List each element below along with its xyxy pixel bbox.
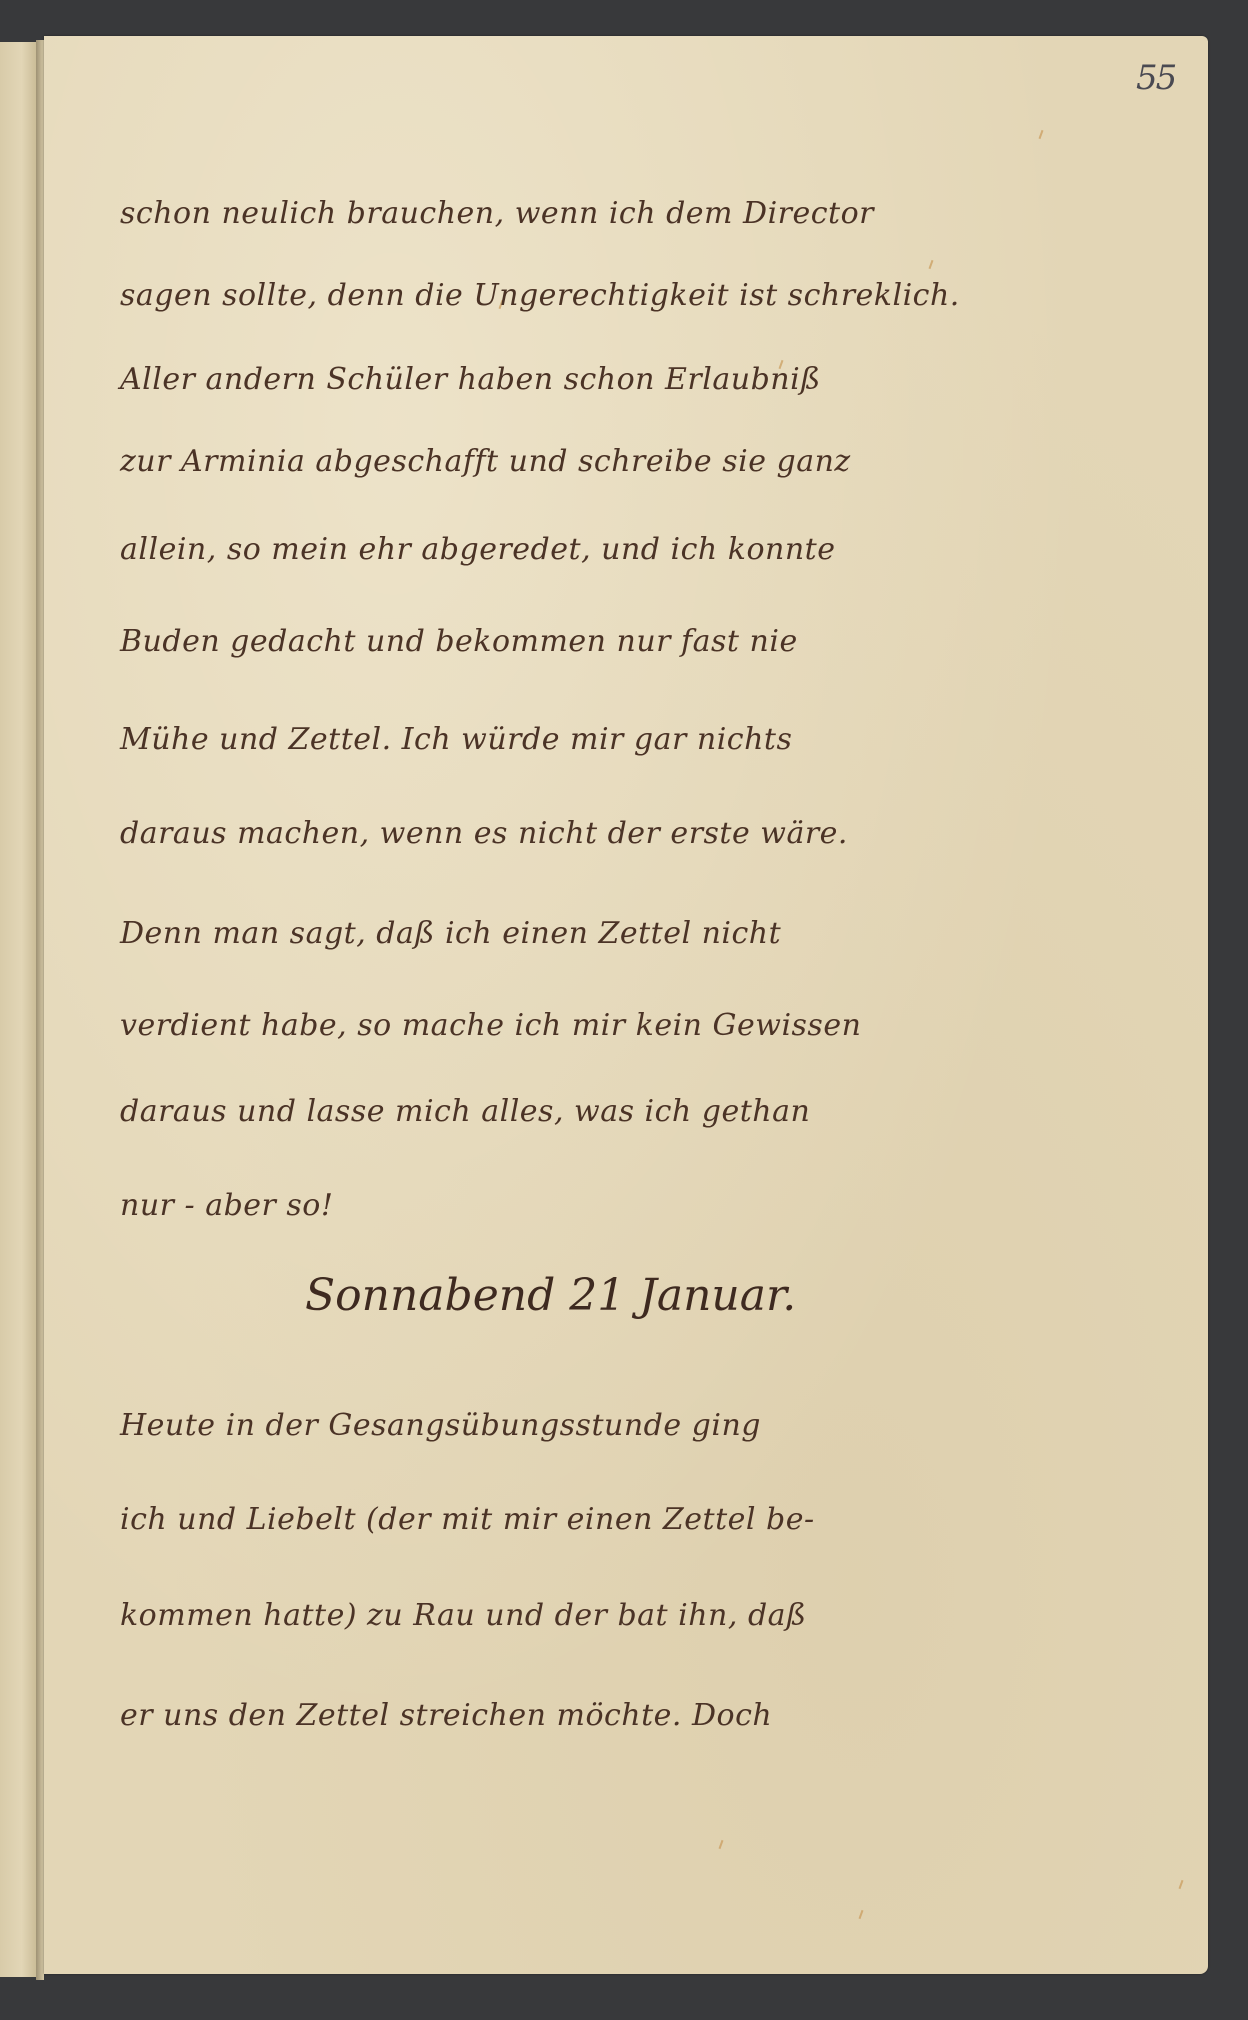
previous-page-edge: [0, 42, 36, 1977]
manuscript-line: Denn man sagt, daß ich einen Zettel nich…: [120, 916, 781, 951]
manuscript-line: Heute in der Gesangsübungsstunde ging: [120, 1408, 761, 1443]
manuscript-line: Buden gedacht und bekommen nur fast nie: [120, 624, 798, 659]
manuscript-line: er uns den Zettel streichen möchte. Doch: [120, 1698, 772, 1733]
manuscript-line: schon neulich brauchen, wenn ich dem Dir…: [120, 196, 874, 231]
book-gutter: [36, 40, 44, 1980]
manuscript-line: Aller andern Schüler haben schon Erlaubn…: [120, 362, 821, 397]
manuscript-line: sagen sollte, denn die Ungerechtigkeit i…: [120, 278, 960, 313]
date-heading: Sonnabend 21 Januar.: [305, 1270, 796, 1321]
manuscript-line: daraus machen, wenn es nicht der erste w…: [120, 816, 848, 851]
manuscript-line: kommen hatte) zu Rau und der bat ihn, da…: [120, 1598, 807, 1633]
manuscript-line: nur - aber so!: [120, 1188, 333, 1223]
manuscript-line: ich und Liebelt (der mit mir einen Zette…: [120, 1502, 815, 1537]
page-number: 55: [1136, 58, 1175, 98]
manuscript-line: zur Arminia abgeschafft und schreibe sie…: [120, 444, 851, 479]
manuscript-page: [44, 36, 1208, 1974]
manuscript-line: daraus und lasse mich alles, was ich get…: [120, 1094, 810, 1129]
manuscript-line: allein, so mein ehr abgeredet, und ich k…: [120, 532, 835, 567]
manuscript-line: Mühe und Zettel. Ich würde mir gar nicht…: [120, 722, 792, 757]
manuscript-line: verdient habe, so mache ich mir kein Gew…: [120, 1008, 861, 1043]
